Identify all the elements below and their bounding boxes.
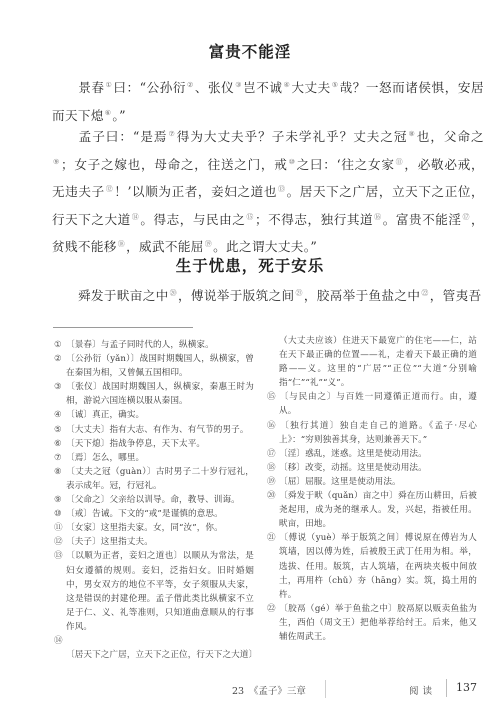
footnote-item: ②〔公孙衍（yǎn）〕战国时期魏国人，纵横家，曾在秦国为相，又曾佩五国相印。	[54, 352, 254, 380]
footnote-number: ⑰	[267, 447, 279, 461]
footnote-item: ⑮〔与民由之〕与百姓一同遵循正道而行。由，遵从。	[267, 390, 477, 418]
footnote-number: ②	[54, 352, 66, 366]
footnote-text: 〔以顺为正者，妾妇之道也〕以顺从为常法，是妇女遵循的规则。妾妇，泛指妇女。旧时婚…	[66, 551, 254, 631]
footnote-number: ⑨	[54, 493, 66, 507]
footnote-number: ③	[54, 380, 66, 394]
section-title-fugui: 富贵不能淫	[0, 40, 500, 62]
footnote-item: ⑲〔屈〕屈服。这里是使动用法。	[267, 475, 477, 489]
footnote-marker[interactable]: ⑪	[396, 158, 404, 166]
footnotes-right-column: （大丈夫应该）住进天下最宽广的住宅——仁，站在天下最正确的位置——礼，走着天下最…	[267, 334, 477, 644]
footnote-number: ⑳	[267, 489, 279, 503]
footnote-marker[interactable]: ⑤	[332, 81, 339, 89]
footnote-text: 〔诚〕真正，确实。	[66, 410, 144, 420]
footnote-number: ⑥	[54, 437, 66, 451]
footnote-item: ㉑〔傅说（yuè）举于版筑之间〕傅说原在傅岩为人筑墙，因以傅为姓，后被殷王武丁任…	[267, 531, 477, 601]
footnote-number: ⑤	[54, 423, 66, 437]
footnote-divider	[53, 327, 193, 328]
footer-divider	[325, 680, 326, 698]
footnote-item: ⑦〔焉〕怎么，哪里。	[54, 451, 254, 465]
footnote-text: 〔傅说（yuè）举于版筑之间〕傅说原在傅岩为人筑墙，因以傅为姓，后被殷王武丁任用…	[279, 533, 477, 599]
footnote-item: ⑬〔以顺为正者，妾妇之道也〕以顺从为常法，是妇女遵循的规则。妾妇，泛指妇女。旧时…	[54, 549, 254, 634]
footnote-number: ⑯	[267, 419, 279, 433]
footnotes-left-column: ①〔景春〕与孟子同时代的人，纵横家。②〔公孙衍（yǎn）〕战国时期魏国人，纵横家…	[54, 338, 254, 662]
footnote-item: ⑰〔淫〕惑乱，迷惑。这里是使动用法。	[267, 447, 477, 461]
footnote-number: ⑭	[54, 634, 66, 648]
footnote-text: 〔舜发于畎（quǎn）亩之中〕舜在历山耕田，后被尧起用，成为尧的继承人。发，兴起…	[279, 491, 477, 529]
footnote-marker[interactable]: ⑭	[132, 213, 140, 221]
footnote-marker[interactable]: ②	[187, 81, 194, 89]
footnote-marker[interactable]: ⑯	[374, 213, 382, 221]
footnote-marker[interactable]: ⑩	[289, 158, 296, 166]
footnote-text: 〔大丈夫〕指有大志、有作为、有气节的男子。	[66, 425, 249, 435]
footer-unit-label: 阅读	[409, 683, 436, 697]
footnote-text: 〔女家〕这里指夫家。女，同“汝”，你。	[66, 523, 223, 533]
footnote-marker[interactable]: ⑥	[105, 109, 112, 117]
footnote-item: ⑨〔父命之〕父亲给以训导。命，教导、训诲。	[54, 493, 254, 507]
footnote-item: ⑥〔天下熄〕指战争停息，天下太平。	[54, 437, 254, 451]
footnote-text: 〔张仪〕战国时期魏国人，纵横家，秦惠王时为相，游说六国连横以服从秦国。	[66, 382, 254, 406]
footnote-text: 〔天下熄〕指战争停息，天下太平。	[66, 439, 205, 449]
footnote-text: 〔与民由之〕与百姓一同遵循正道而行。由，遵从。	[279, 392, 477, 416]
footnote-marker[interactable]: ⑰	[462, 213, 470, 221]
footnote-item: ⑤〔大丈夫〕指有大志、有作为、有气节的男子。	[54, 423, 254, 437]
footnote-marker[interactable]: ㉑	[295, 289, 302, 297]
footnote-marker[interactable]: ⑬	[278, 185, 286, 193]
footnotes-right-list: ⑮〔与民由之〕与百姓一同遵循正道而行。由，遵从。⑯〔独行其道〕独自走自己的道路。…	[267, 390, 477, 644]
footnote-marker[interactable]: ③	[235, 81, 242, 89]
footnote-text: 〔屈〕屈服。这里是使动用法。	[279, 477, 401, 487]
footnote-number: ⑧	[54, 465, 66, 479]
footnote-14-continuation: （大丈夫应该）住进天下最宽广的住宅——仁，站在天下最正确的位置——礼，走着天下最…	[267, 334, 477, 390]
footnote-item: ⑱〔移〕改变，动摇。这里是使动用法。	[267, 461, 477, 475]
footnote-number: ⑮	[267, 390, 279, 404]
footnote-number: ⑩	[54, 507, 66, 521]
footnote-number: ①	[54, 338, 66, 352]
footnote-number: ㉒	[267, 602, 279, 616]
footnote-item: ⑭〔居天下之广居，立天下之正位，行天下之大道〕	[54, 634, 254, 662]
footnote-number: ⑫	[54, 535, 66, 549]
footnote-item: ①〔景春〕与孟子同时代的人，纵横家。	[54, 338, 254, 352]
footer-lesson-title: 23 《孟子》三章	[232, 683, 306, 697]
footnote-text: 〔公孙衍（yǎn）〕战国时期魏国人，纵横家，曾在秦国为相，又曾佩五国相印。	[66, 354, 254, 378]
footnote-number: ④	[54, 408, 66, 422]
footnote-text: 〔戒〕告诫。下文的“戒”是谨慎的意思。	[66, 509, 223, 519]
footnote-item: ⑳〔舜发于畎（quǎn）亩之中〕舜在历山耕田，后被尧起用，成为尧的继承人。发，兴…	[267, 489, 477, 531]
footnote-marker[interactable]: ⑲	[205, 240, 212, 248]
footnote-number: ⑦	[54, 451, 66, 465]
footnote-text: 〔父命之〕父亲给以训导。命，教导、训诲。	[66, 495, 240, 505]
section-title-shengyu: 生于忧患，死于安乐	[0, 254, 500, 276]
paragraph-mengzi: 孟子曰：“是焉⑦得为大丈夫乎？子未学礼乎？丈夫之冠⑧也，父命之⑨；女子之嫁也，母…	[52, 122, 484, 260]
footnote-marker[interactable]: ㉒	[421, 289, 428, 297]
paragraph-jingchun: 景春①曰：“公孙衍②、张仪③岂不诚④大丈夫⑤哉？一怒而诸侯惧，安居而天下熄⑥。”	[52, 73, 484, 128]
footnote-marker[interactable]: ①	[105, 81, 112, 89]
footnote-text: 〔胶鬲（gé）举于鱼盐之中〕胶鬲原以贩卖鱼盐为生，西伯（周文王）把他举荐给纣王。…	[279, 604, 477, 642]
footnote-marker[interactable]: ⑮	[246, 213, 254, 221]
footnote-text: 〔独行其道〕独自走自己的道路。《孟子·尽心上》：“穷则独善其身，达则兼善天下。”	[279, 421, 477, 445]
footnote-number: ㉑	[267, 531, 279, 545]
footnote-item: ㉒〔胶鬲（gé）举于鱼盐之中〕胶鬲原以贩卖鱼盐为生，西伯（周文王）把他举荐给纣王…	[267, 602, 477, 644]
footnote-item: ⑩〔戒〕告诫。下文的“戒”是谨慎的意思。	[54, 507, 254, 521]
footnote-number: ⑱	[267, 461, 279, 475]
footnote-number: ⑲	[267, 475, 279, 489]
footnote-marker[interactable]: ④	[284, 81, 291, 89]
footnote-item: ③〔张仪〕战国时期魏国人，纵横家，秦惠王时为相，游说六国连横以服从秦国。	[54, 380, 254, 408]
footnote-marker[interactable]: ⑦	[168, 130, 175, 138]
footnote-marker[interactable]: ⑨	[53, 158, 60, 166]
footnote-marker[interactable]: ⑱	[118, 240, 125, 248]
footnote-text: 〔景春〕与孟子同时代的人，纵横家。	[66, 340, 214, 350]
footnote-marker[interactable]: ⑧	[409, 130, 416, 138]
footnote-text: 〔夫子〕这里指丈夫。	[66, 537, 153, 547]
footnote-item: ⑯〔独行其道〕独自走自己的道路。《孟子·尽心上》：“穷则独善其身，达则兼善天下。…	[267, 419, 477, 447]
footnote-number: ⑬	[54, 549, 66, 563]
footer-divider	[446, 679, 447, 697]
footnote-number: ⑪	[54, 521, 66, 535]
footnote-marker[interactable]: ⑫	[106, 185, 114, 193]
footnote-marker[interactable]: ⑳	[170, 289, 177, 297]
footnote-item: ④〔诚〕真正，确实。	[54, 408, 254, 422]
footnote-text: 〔淫〕惑乱，迷惑。这里是使动用法。	[279, 449, 427, 459]
page-number: 137	[456, 681, 477, 694]
paragraph-shun: 舜发于畎亩之中⑳，傅说举于版筑之间㉑，胶鬲举于鱼盐之中㉒，管夷吾	[52, 281, 484, 309]
footnote-item: ⑧〔丈夫之冠（guàn）〕古时男子二十岁行冠礼，表示成年。冠，行冠礼。	[54, 465, 254, 493]
footnote-text: 〔丈夫之冠（guàn）〕古时男子二十岁行冠礼，表示成年。冠，行冠礼。	[66, 467, 254, 491]
footnote-item: ⑪〔女家〕这里指夫家。女，同“汝”，你。	[54, 521, 254, 535]
footnote-text: 〔焉〕怎么，哪里。	[66, 453, 144, 463]
footnote-item: ⑫〔夫子〕这里指丈夫。	[54, 535, 254, 549]
footnote-text: 〔移〕改变，动摇。这里是使动用法。	[279, 463, 427, 473]
footnote-text: 〔居天下之广居，立天下之正位，行天下之大道〕	[66, 650, 257, 660]
